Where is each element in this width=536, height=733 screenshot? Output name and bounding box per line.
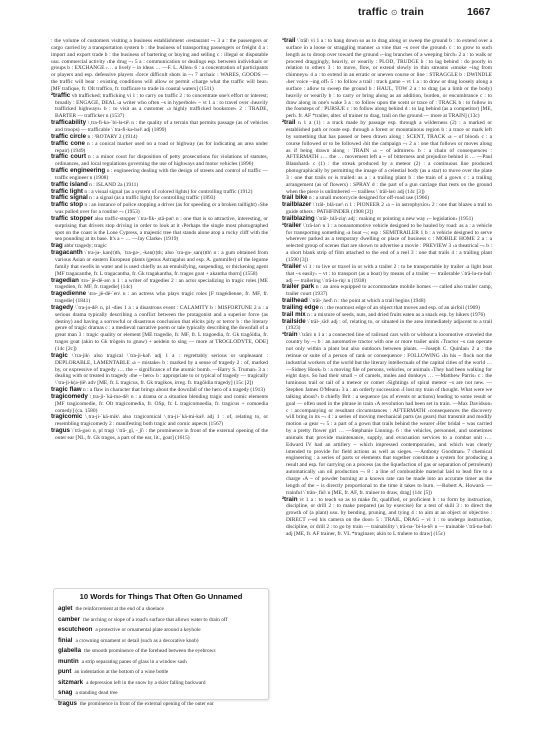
entry-headword: ²trail [282, 119, 295, 126]
entry-headword: ²train [282, 496, 297, 503]
entry-headword: tragedienne [51, 290, 86, 297]
entry-headword: tragic [51, 352, 68, 359]
sidebar-box-definition: a strip separating panes of glass in a w… [82, 659, 187, 665]
sidebar-box-item: tragusthe prominence in front of the ext… [58, 699, 268, 710]
sidebar-box-item: puntan indentation at the bottom of a wi… [58, 667, 268, 678]
entry-definition: \ˈtra-jik\ also tragical \ˈtra-ji-kəl\ a… [55, 353, 268, 386]
sidebar-box-word: glabella [58, 647, 81, 654]
entry-headword: ¹trail [282, 37, 295, 44]
dictionary-entry: ²trailer vi 1 : to live or travel in or … [282, 264, 492, 285]
sidebar-box-title: 10 Words for Things That Often Go Unname… [54, 592, 268, 601]
entry-headword: tragedy [51, 304, 73, 311]
dictionary-entry: tragacanth \ˈtra-jə-ˌkan(t)th, ˈtra-gə-,… [51, 250, 268, 277]
dictionary-entry: ²train vt 1 a : to teach so as to make f… [282, 497, 492, 538]
sidebar-box-word: tragus [58, 700, 77, 707]
guide-word-first: traffic [358, 6, 388, 18]
sidebar-box-item: muntina strip separating panes of glass … [58, 657, 268, 668]
dictionary-entry: trailblazer \ˈtrāl-ˌblā-zər\ n 1 : PIONE… [282, 202, 492, 216]
sidebar-box-definition: the smooth prominence of the forehead be… [84, 648, 216, 654]
entry-definition: n : an area equipped to accommodate mobi… [286, 284, 492, 297]
entry-definition: n : a visual signal (as a system of colo… [84, 189, 252, 195]
entry-definition: vt 1 a : to teach so as to make fit, qua… [286, 497, 492, 537]
sidebar-box-item: camberthe arching or slope of a road's s… [58, 615, 268, 626]
entry-definition: \ˈtrāl-ˌblā-ziŋ\ adj : making or pointin… [316, 216, 473, 222]
dictionary-entry: trailing edge n : the rearmost edge of a… [282, 305, 492, 312]
entry-headword: trailblazer [282, 201, 311, 208]
entry-definition: \ˈtrāl-ˌsīd\ adj : of, relating to, or s… [286, 319, 492, 332]
entry-definition: \ˌtra-fi-kə-ˈbi-lə-tē\ n : the quality o… [55, 120, 268, 133]
entry-definition: n : an instance of police stopping a dri… [55, 202, 268, 215]
sidebar-box-item: finiala crowning ornament or detail (suc… [58, 636, 268, 647]
entry-definition: \ˈtrāl-ˌhed\ n : the point at which a tr… [309, 298, 425, 304]
dictionary-entry: traffic stop n : an instance of police s… [51, 202, 268, 216]
entry-headword: ²traffic [51, 92, 70, 99]
entry-headword: traffic engineering [51, 167, 105, 174]
dictionary-entry: ²trail n 1 a (1) : a track made by passa… [282, 120, 492, 195]
left-column: : the volume of customers visiting a bus… [51, 38, 268, 442]
dictionary-entry: trailer park n : an area equipped to acc… [282, 284, 492, 298]
dictionary-entry: tragedian \trə-ˈjē-dē-ən\ n 1 : a writer… [51, 278, 268, 292]
entry-definition: \ˈtrān\ n 1 a : a connected line of rail… [286, 332, 492, 495]
page-number: 1667 [467, 6, 490, 18]
entry-headword: ²trailer [282, 263, 301, 270]
sidebar-box-word: muntin [58, 658, 79, 665]
entry-definition: vb trafficked; trafficking vi 1 : to car… [55, 93, 268, 120]
right-column: ¹trail \ˈtrāl\ vi 1 a : to hang down so … [282, 38, 492, 538]
sidebar-box-item: glabellathe smooth prominence of the for… [58, 646, 268, 657]
entry-definition: : the volume of customers visiting a bus… [51, 38, 268, 92]
entry-definition: n : a signal (as a traffic light) for co… [89, 195, 215, 201]
entry-definition: vi 1 : to live or travel in or with a tr… [286, 264, 492, 284]
sidebar-box-item: sitzmarka depression left in the snow by… [58, 678, 268, 689]
dictionary-entry: tragicomedy \ˌtra-ji-ˈkä-mə-dē\ n : a dr… [51, 394, 268, 415]
dictionary-entry: ¹train \ˈtrān\ n 1 a : a connected line … [282, 332, 492, 496]
entry-headword: traffic stopper [51, 215, 93, 222]
entry-definition: n : a flaw in character that brings abou… [83, 387, 265, 393]
entry-definition: n : ISLAND 2a (1911) [89, 182, 138, 188]
sidebar-box-item: escutcheona protective or ornamental pla… [58, 625, 268, 636]
sidebar-box-definition: the prominence in front of the external … [80, 701, 214, 707]
sidebar-box-word: punt [58, 668, 71, 675]
dictionary-entry: tragedy \ˈtra-jə-dē\ n, pl -dies 1 a : a… [51, 305, 268, 353]
entry-definition: \ˈtrāl\ vi 1 a : to hang down so as to d… [286, 38, 492, 119]
guide-words: traffic⊙train [358, 6, 424, 18]
sidebar-box-word: escutcheon [58, 626, 92, 633]
sidebar-box: 10 Words for Things That Often Go Unname… [53, 588, 269, 700]
sidebar-box-word: sitzmark [58, 679, 83, 686]
sidebar-box-definition: the reinforcement at the end of a shoela… [75, 606, 163, 612]
entry-definition: \ˈtra-jə-dē\ n, pl -dies 1 a : a disastr… [55, 305, 268, 352]
entry-definition: n : a small motorcycle designed for off-… [309, 195, 429, 201]
entry-definition: n : ²ROTARY 2 (1914) [87, 134, 137, 140]
sidebar-box-definition: a standing dead tree [75, 690, 117, 696]
sidebar-box-list: agletthe reinforcement at the end of a s… [58, 604, 268, 709]
dictionary-entry: tragic \ˈtra-jik\ also tragical \ˈtra-ji… [51, 353, 268, 387]
dictionary-entry: traffic court n : a minor court for disp… [51, 154, 268, 168]
dictionary-entry: : the volume of customers visiting a bus… [51, 38, 268, 93]
entry-definition: \trə-ˈjē-dē-ən\ n 1 : a writer of traged… [55, 278, 268, 291]
page-header: traffic⊙train 1667 [0, 0, 536, 30]
dictionary-entry: traffic stopper also traffic-stopper \ˈt… [51, 216, 268, 243]
dictionary-entry: traffic cone n : a conical marker used o… [51, 141, 268, 155]
dictionary-entry: tragicomic \ˌtra-ji-ˈkä-mik\ also tragic… [51, 414, 268, 428]
sidebar-box-word: finial [58, 637, 72, 644]
guide-separator-icon: ⊙ [391, 8, 398, 17]
entry-headword: traffic cone [51, 140, 85, 147]
dictionary-entry: trafficability \ˌtra-fi-kə-ˈbi-lə-tē\ n … [51, 120, 268, 134]
sidebar-box-item: agletthe reinforcement at the end of a s… [58, 604, 268, 615]
dictionary-entry: ¹trailer \ˈtrā-lər\ n 1 : a nonautomotiv… [282, 223, 492, 264]
entry-definition: \ˈtra-jə-ˌkan(t)th, ˈtra-gə-, -kən(t)th;… [55, 250, 268, 277]
dictionary-entry: trailblazing \ˈtrāl-ˌblā-ziŋ\ adj : maki… [282, 216, 492, 223]
entry-definition: n : a conical marker used on a road or h… [55, 141, 268, 154]
entry-headword: tragacanth [51, 249, 83, 256]
dictionary-entry: trail mix n : a mixture of seeds, nuts, … [282, 312, 492, 319]
dictionary-entry: trailside \ˈtrāl-ˌsīd\ adj : of, relatin… [282, 319, 492, 333]
sidebar-box-definition: an indentation at the bottom of a wine b… [74, 669, 168, 675]
entry-headword: trafficability [51, 119, 86, 126]
dictionary-entry: ²traffic vb trafficked; trafficking vi 1… [51, 93, 268, 120]
entry-headword: trailside [282, 318, 306, 325]
dictionary-entry: ¹trail \ˈtrāl\ vi 1 a : to hang down so … [282, 38, 492, 120]
sidebar-box-word: snag [58, 689, 72, 696]
sidebar-box-definition: a protective or ornamental plate around … [95, 627, 200, 633]
entry-headword: ¹trailer [282, 222, 301, 229]
entry-definition: \ˈtrāl-ˌblā-zər\ n 1 : PIONEER 2 ‹a ~ in… [286, 202, 492, 215]
entry-headword: tragedian [51, 277, 79, 284]
dictionary-entry: tragus \ˈtrā-gəs\ n, pl tragi \ˈtrā-ˌgī,… [51, 428, 268, 442]
dictionary-entry: tragedienne \trə-ˌjē-dē-ˈen\ n : an actr… [51, 291, 268, 305]
entry-definition: n : a minor court for disposition of pet… [55, 154, 268, 167]
dictionary-entry: traffic engineering n : engineering deal… [51, 168, 268, 182]
sidebar-box-item: snaga standing dead tree [58, 688, 268, 699]
entry-definition: \ˈtrā-lər\ n 1 : a nonautomotive vehicle… [286, 223, 492, 263]
entry-definition: \ˈtrā-gəs\ n, pl tragi \ˈtrā-ˌgī, -ˌjī\ … [55, 428, 268, 441]
entry-headword: traffic stop [51, 201, 83, 208]
entry-headword: ¹train [282, 331, 297, 338]
sidebar-box-word: aglet [58, 605, 72, 612]
entry-definition: \ˌtra-ji-ˈkä-mik\ also tragicomical \ˌtr… [55, 414, 268, 427]
sidebar-box-word: camber [58, 616, 80, 623]
entry-definition: n 1 a (1) : a track made by passage esp.… [286, 120, 492, 194]
entry-definition: n : a mixture of seeds, nuts, and dried … [307, 312, 485, 318]
entry-headword: trailer park [282, 283, 314, 290]
sidebar-box-definition: a depression left in the snow by a skier… [86, 680, 205, 686]
entry-headword: tragicomic [51, 413, 82, 420]
entry-headword: tragicomedy [51, 393, 88, 400]
sidebar-box-definition: a crowning ornament or detail (such as a… [75, 638, 198, 644]
dictionary-entry: traffic island n : ISLAND 2a (1911) [51, 182, 268, 189]
sidebar-box-definition: the arching or slope of a road's surface… [83, 617, 227, 623]
entry-headword: traffic court [51, 153, 86, 160]
entry-definition: n : the rearmost edge of an object that … [320, 305, 480, 311]
guide-word-last: train [401, 6, 424, 18]
entry-definition: \trə-ˌjē-dē-ˈen\ n : an actress who play… [55, 291, 268, 304]
entry-headword: tragus [51, 427, 70, 434]
